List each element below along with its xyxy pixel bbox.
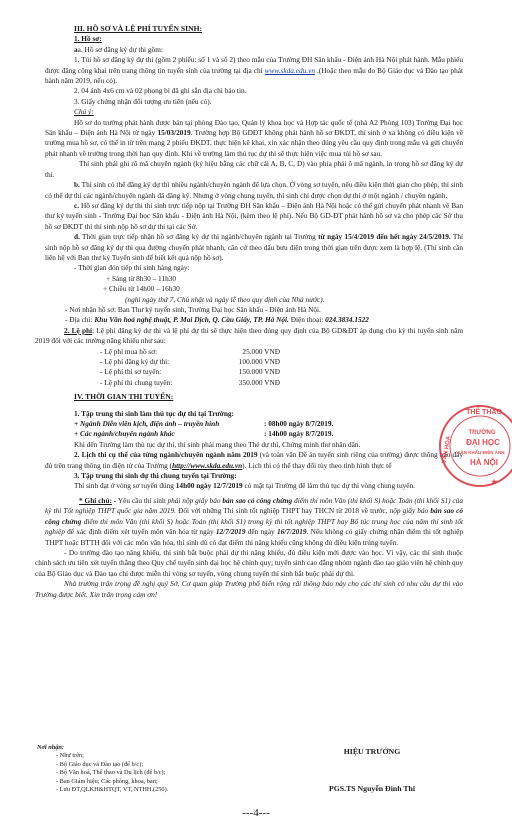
section4-heading: IV. THỜI GIAN THI TUYỂN: <box>45 392 463 402</box>
final-round-heading: 3. Tập trung thí sinh dự thi chung tuyển… <box>45 471 463 481</box>
phone-label: Điện thoại: <box>289 315 325 324</box>
note-date: 16/7/2019 <box>277 527 307 536</box>
receiver-line: - Nơi nhận hồ sơ: Ban Thư ký tuyển sinh,… <box>45 305 463 315</box>
stamp-line1: TRƯỜNG <box>468 428 495 436</box>
address-line: - Địa chỉ: Khu Văn hoá nghệ thuật, P. Ma… <box>45 315 463 325</box>
signatory-name: PGS.TS Nguyễn Đình Thi <box>267 784 477 794</box>
note-text: nộp giấy báo <box>390 506 431 515</box>
item-a-label: aa. Hồ sơ đăng ký dự thi gồm: <box>45 45 463 55</box>
d-dates: từ ngày 15/4/2019 đến hết ngày 24/5/2019… <box>318 232 451 241</box>
signature-block: HIỆU TRƯỞNG PGS.TS Nguyễn Đình Thi <box>267 744 477 795</box>
schedule-value: : 14h00 ngày 8/7/2019. <box>264 429 333 439</box>
talent-note: - Do trường đào tạo năng khiếu, thí sinh… <box>35 548 463 579</box>
assembly-note: Khi đến Trường làm thủ tục dự thi, thí s… <box>45 440 463 450</box>
final-round-text: Thí sinh đạt ở vòng sơ tuyển đúng 14h00 … <box>45 481 463 491</box>
reception-afternoon: + Chiều từ 14h00 – 16h30 <box>45 284 463 294</box>
fee-value: 350.000 VNĐ <box>220 378 280 388</box>
assembly-heading: 1. Tập trung thí sinh làm thủ tục dự thi… <box>45 409 463 419</box>
schedule-row: + Ngành Diễn viên kịch, điện ảnh – truyề… <box>45 419 463 429</box>
note-text: để xác định điểm xét tuyển môn văn hóa t… <box>65 527 216 536</box>
reception-morning: + Sáng từ 8h30 – 11h30 <box>45 274 463 284</box>
schedule-row: + Các ngành/chuyên ngành khác: 14h00 ngà… <box>45 429 463 439</box>
fee-label: - Lệ phí thi sơ tuyển: <box>100 367 220 377</box>
d-text: Thời gian trực tiếp nhận hồ sơ đăng ký d… <box>80 232 318 241</box>
final-text: Thí sinh đạt ở vòng sơ tuyển đúng <box>74 481 176 490</box>
note-text: đến ngày <box>245 527 277 536</box>
fee-intro: : Lệ phí đăng ký dự thi và lệ phí dự thi… <box>35 326 463 345</box>
address-value: Khu Văn hoá nghệ thuật, P. Mai Dịch, Q. … <box>94 315 289 324</box>
schedule-paragraph: 2. Lịch thi cụ thể của từng ngành/chuyên… <box>45 450 463 471</box>
skda-website-link[interactable]: http://www.skda.edu.vn <box>172 461 242 470</box>
item-3: 3. Giấy chứng nhận đối tượng ưu tiên (nế… <box>45 97 463 107</box>
document-page: III. HỒ SƠ VÀ LỆ PHÍ TUYỂN SINH: 1. Hồ s… <box>45 24 463 600</box>
fee-row: - Lệ phí thi sơ tuyển:150.000 VNĐ <box>45 367 463 377</box>
stamp-line3: SÂN KHẤU-ĐIỆN ẢNH <box>458 448 505 455</box>
stamp-line2: ĐẠI HỌC <box>466 438 500 447</box>
subsection-ho-so: 1. Hồ sơ: <box>45 34 463 44</box>
document-footer: Nơi nhận: - Như trên; - Bộ Giáo dục và Đ… <box>37 744 477 795</box>
recipient-item: - Ban Giám hiệu; Các phòng, khoa, ban; <box>37 778 267 786</box>
note-paragraph: * Ghi chú: - Yêu cầu thí sinh phải nộp g… <box>45 496 463 548</box>
fee-list: - Lệ phí mua hồ sơ:25.000 VNĐ - Lệ phí đ… <box>45 347 463 389</box>
final-text-b: có mặt tại Trường để làm thủ tục dự thi … <box>243 481 415 490</box>
signatory-role: HIỆU TRƯỞNG <box>267 747 477 757</box>
note-text: - Yêu cầu thí sinh <box>112 496 168 505</box>
a-label-text: a. Hồ sơ đăng ký dự thi gồm: <box>78 45 163 54</box>
note-heading: * Ghi chú: <box>79 496 112 505</box>
note-label: Chú ý: <box>45 107 463 117</box>
item-b: b. Thí sinh có thể đăng ký dự thi nhiều … <box>45 180 463 201</box>
holiday-note: (nghỉ ngày thứ 7, Chủ nhật và ngày lễ th… <box>45 295 463 305</box>
reception-label: - Thời gian đón tiếp thí sinh hàng ngày: <box>45 263 463 273</box>
fee-row: - Lệ phí thi chung tuyển:350.000 VNĐ <box>45 378 463 388</box>
b-text: Thí sinh có thể đăng ký dự thi nhiều ngà… <box>45 180 463 199</box>
fee-row: - Lệ phí đăng ký dự thi:100.000 VNĐ <box>45 357 463 367</box>
fee-label: - Lệ phí đăng ký dự thi: <box>100 357 220 367</box>
schedule-heading: 2. Lịch thi cụ thể của từng ngành/chuyên… <box>74 450 258 459</box>
schedule-label: + Các ngành/chuyên ngành khác <box>74 429 264 439</box>
item-c: c. Hồ sơ đăng ký dự thi thí sinh trực ti… <box>45 201 463 232</box>
page-number: ---4--- <box>0 808 512 818</box>
note-p1-date: 15/03/2019 <box>157 128 190 137</box>
note-date: 12/7/2019 <box>216 527 246 536</box>
recipients-title: Nơi nhận: <box>37 744 267 752</box>
fee-row: - Lệ phí mua hồ sơ:25.000 VNĐ <box>45 347 463 357</box>
official-seal-icon: THỂ THAO TRƯỜNG ĐẠI HỌC SÂN KHẤU-ĐIỆN ẢN… <box>436 398 512 494</box>
note-paragraph-1: Hồ sơ do trường phát hành được bán tại p… <box>45 118 463 160</box>
recipient-item: - Lưu ĐT,QLKH&HTQT, VT, NTHH.(250). <box>37 786 267 794</box>
fee-label: - Lệ phí mua hồ sơ: <box>100 347 220 357</box>
closing-paragraph: Nhà trường trân trọng đề nghị quý Sở, Cơ… <box>35 579 463 600</box>
stamp-ring-text: THỂ THAO <box>466 407 502 416</box>
phone-value: 024.3834.1522 <box>325 315 369 324</box>
stamp-line4: HÀ NỘI <box>470 458 498 467</box>
address-label: - Địa chỉ: <box>65 315 94 324</box>
fee-value: 25.000 VNĐ <box>220 347 280 357</box>
note-paragraph-2: Thí sinh phải ghi rõ mã chuyên ngành (ký… <box>45 159 463 180</box>
recipients-block: Nơi nhận: - Như trên; - Bộ Giáo dục và Đ… <box>37 744 267 795</box>
schedule-text-b: ). Lịch thi có thể thay đổi tùy theo tìn… <box>242 461 391 470</box>
final-time: 14h00 ngày 12/7/2019 <box>176 481 243 490</box>
recipient-item: - Bộ Giáo dục và Đào tạo (để b/c); <box>37 761 267 769</box>
svg-text:★: ★ <box>491 478 498 486</box>
schedule-label: + Ngành Diễn viên kịch, điện ảnh – truyề… <box>74 419 264 429</box>
note-text: Đối với những Thí sinh tốt nghiệp THPT h… <box>176 506 390 515</box>
recipient-item: - Bộ Văn hoá, Thể thao và Du lịch (để b/… <box>37 769 267 777</box>
item-2: 2. 04 ảnh 4x6 cm và 02 phong bì đã ghi s… <box>45 86 463 96</box>
fee-value: 100.000 VNĐ <box>220 357 280 367</box>
item-1: 1. Túi hồ sơ đăng ký dự thi (gồm 2 phiếu… <box>45 55 463 86</box>
fee-value: 150.000 VNĐ <box>220 367 280 377</box>
note-text: phải nộp giấy báo <box>167 496 222 505</box>
fee-label: - Lệ phí thi chung tuyển: <box>100 378 220 388</box>
note-text: bản sao có công chứng <box>222 496 292 505</box>
schedule-value: : 08h00 ngày 8/7/2019. <box>264 419 333 429</box>
c-text: Hồ sơ đăng ký dự thi thí sinh trực tiếp … <box>45 201 463 231</box>
fee-paragraph: 2. Lệ phí: Lệ phí đăng ký dự thi và lệ p… <box>35 326 463 347</box>
fee-heading: 2. Lệ phí <box>64 326 92 335</box>
section3-heading: III. HỒ SƠ VÀ LỆ PHÍ TUYỂN SINH: <box>45 24 463 34</box>
item-d: d. Thời gian trực tiếp nhận hồ sơ đăng k… <box>45 232 463 263</box>
recipient-item: - Như trên; <box>37 752 267 760</box>
skda-link[interactable]: www.skda.edu.vn <box>265 66 315 75</box>
